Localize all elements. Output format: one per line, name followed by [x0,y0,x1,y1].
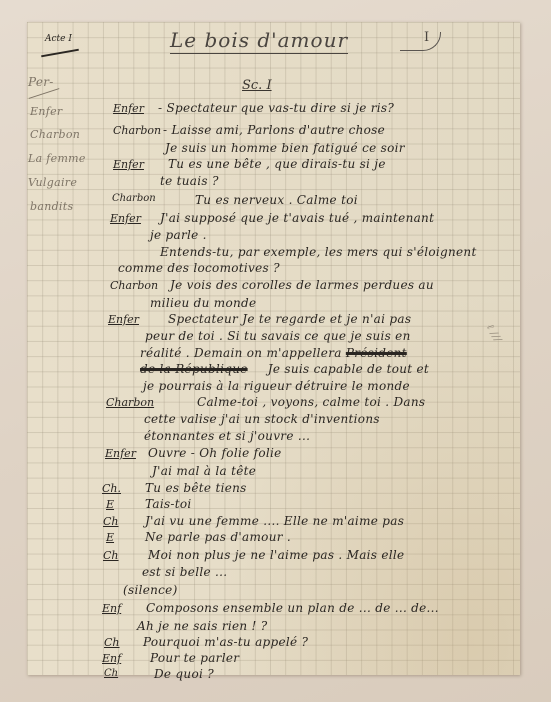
dialogue-line: - Laisse ami, Parlons d'autre chose [163,123,385,137]
speaker-name: Enfer [108,313,139,326]
dialogue-line: Calme-toi , voyons, calme toi . Dans [197,395,425,409]
dialogue-line: Pourquoi m'as-tu appelé ? [143,635,308,649]
speaker-name: Enf [102,602,121,615]
dialogue-line: Je vois des corolles de larmes perdues a… [170,278,434,292]
cast-name: La femme [28,152,86,165]
cast-name: bandits [30,200,73,213]
speaker-name: Charbon [106,396,154,409]
speaker-name: Charbon [110,279,158,292]
speaker-name: Enfer [110,212,141,225]
dialogue-line: Tu es nerveux . Calme toi [195,193,358,207]
speaker-name: Ch [104,668,118,679]
speaker-name: Ch [103,515,119,528]
dialogue-line: Ouvre - Oh folie folie [148,446,282,460]
struck-text: de la République [140,362,248,376]
speaker-name: Enfer [105,447,136,460]
dialogue-line: J'ai mal à la tête [152,464,256,478]
speaker-name: E [106,498,114,511]
dialogue-line: Je suis un homme bien fatigué ce soir [165,141,405,155]
dialogue-line: je parle . [150,228,207,242]
speaker-name: Ch [103,549,119,562]
speaker-name: Charbon [113,124,161,137]
stage-direction: (silence) [123,583,178,597]
dialogue-line: Tu es bête tiens [145,481,247,495]
dialogue-text: Je suis capable de tout et [268,362,429,376]
dialogue-line: te tuais ? [160,174,219,188]
dialogue-text: réalité . Demain on m'appellera [140,346,342,360]
dialogue-line: Entends-tu, par exemple, les mers qui s'… [160,245,477,259]
scene-label-text: Sc. I [242,78,272,93]
scene-label: Sc. I [242,78,272,93]
act-label: Acte I [45,34,72,44]
speaker-name: Ch. [102,482,121,495]
dialogue-line: Pour te parler [150,651,239,665]
cast-name: Vulgaire [28,176,77,189]
dialogue-line: Composons ensemble un plan de ... de ...… [146,601,439,615]
cast-name: Charbon [30,128,80,141]
cast-heading: Per- [28,75,54,89]
dialogue-line: J'ai vu une femme .... Elle ne m'aime pa… [145,514,404,528]
dialogue-line: de la République Je suis capable de tout… [140,362,429,376]
dialogue-line: je pourrais à la rigueur détruire le mon… [143,379,410,393]
speaker-name: Charbon [112,193,156,204]
struck-text: Président [346,346,407,360]
page-title: Le bois d'amour [170,28,348,54]
dialogue-line: cette valise j'ai un stock d'inventions [144,412,380,426]
dialogue-line: est si belle ... [142,565,227,579]
dialogue-line: Ne parle pas d'amour . [145,530,291,544]
speaker-name: E [106,531,114,544]
dialogue-line: étonnantes et si j'ouvre ... [144,429,310,443]
speaker-name: Ch [104,636,120,649]
dialogue-line: Tu es une bête , que dirais-tu si je [168,157,386,171]
dialogue-line: Moi non plus je ne l'aime pas . Mais ell… [148,548,404,562]
speaker-name: Enfer [113,158,144,171]
dialogue-line: Ah je ne sais rien ! ? [137,619,268,633]
speaker-name: Enfer [113,102,144,115]
cast-name: Enfer [30,105,62,118]
dialogue-line: J'ai supposé que je t'avais tué , mainte… [160,211,434,225]
dialogue-line: réalité . Demain on m'appellera Présiden… [140,346,407,360]
dialogue-line: comme des locomotives ? [118,261,280,275]
dialogue-line: Tais-toi [145,497,192,511]
dialogue-line: - Spectateur que vas-tu dire si je ris? [158,101,394,115]
dialogue-line: milieu du monde [150,296,256,310]
dialogue-line: De quoi ? [154,667,214,681]
dialogue-line: peur de toi . Si tu savais ce que je sui… [145,329,411,343]
speaker-name: Enf [102,652,121,665]
dialogue-line: Spectateur Je te regarde et je n'ai pas [168,312,411,326]
